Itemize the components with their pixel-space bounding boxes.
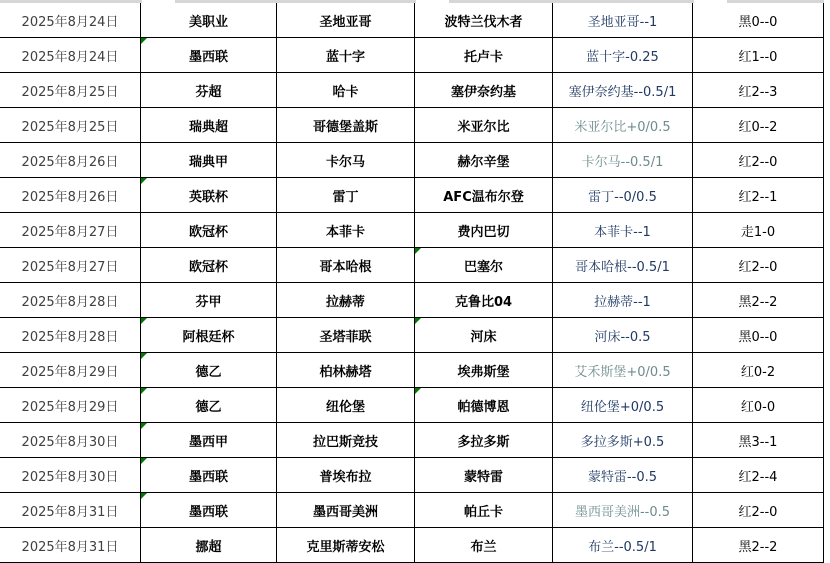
handicap-cell[interactable]: 哥本哈根--0.5/1 bbox=[553, 248, 693, 283]
result-cell[interactable]: 黑0--0 bbox=[693, 3, 824, 38]
date-cell[interactable]: 2025年8月29日 bbox=[0, 353, 141, 388]
match-table: 2025年8月24日 美职业 圣地亚哥 波特兰伐木者 圣地亚哥--1 黑0--0… bbox=[0, 3, 824, 563]
result-cell[interactable]: 红2--1 bbox=[693, 178, 824, 213]
result-cell[interactable]: 红0-0 bbox=[693, 388, 824, 423]
home-team-cell[interactable]: 拉赫蒂 bbox=[277, 283, 415, 318]
date-cell[interactable]: 2025年8月26日 bbox=[0, 143, 141, 178]
handicap-cell[interactable]: 墨西哥美洲--0.5 bbox=[553, 493, 693, 528]
away-team-cell[interactable]: 波特兰伐木者 bbox=[415, 3, 553, 38]
home-team-cell[interactable]: 哥德堡盖斯 bbox=[277, 108, 415, 143]
table-row: 2025年8月28日 阿根廷杯 圣塔菲联 河床 河床--0.5 黑0--0 bbox=[0, 318, 824, 353]
handicap-cell[interactable]: 卡尔马--0.5/1 bbox=[553, 143, 693, 178]
away-team-cell[interactable]: 巴塞尔 bbox=[415, 248, 553, 283]
date-cell[interactable]: 2025年8月31日 bbox=[0, 493, 141, 528]
league-cell[interactable]: 芬超 bbox=[141, 73, 277, 108]
result-cell[interactable]: 黑2--2 bbox=[693, 283, 824, 318]
home-team-cell[interactable]: 圣塔菲联 bbox=[277, 318, 415, 353]
away-team-cell[interactable]: 埃弗斯堡 bbox=[415, 353, 553, 388]
table-row: 2025年8月31日 挪超 克里斯蒂安松 布兰 布兰--0.5/1 黑2--2 bbox=[0, 528, 824, 563]
league-cell[interactable]: 墨西联 bbox=[141, 458, 277, 493]
date-cell[interactable]: 2025年8月25日 bbox=[0, 73, 141, 108]
error-flag-icon bbox=[141, 388, 147, 394]
league-cell[interactable]: 芬甲 bbox=[141, 283, 277, 318]
date-cell[interactable]: 2025年8月27日 bbox=[0, 213, 141, 248]
home-team-cell[interactable]: 墨西哥美洲 bbox=[277, 493, 415, 528]
home-team-cell[interactable]: 克里斯蒂安松 bbox=[277, 528, 415, 563]
result-cell[interactable]: 红1--0 bbox=[693, 38, 824, 73]
table-row: 2025年8月30日 墨西甲 拉巴斯竞技 多拉多斯 多拉多斯+0.5 黑3--1 bbox=[0, 423, 824, 458]
date-cell[interactable]: 2025年8月28日 bbox=[0, 318, 141, 353]
table-row: 2025年8月30日 墨西联 普埃布拉 蒙特雷 蒙特雷--0.5 红2--4 bbox=[0, 458, 824, 493]
home-team-cell[interactable]: 普埃布拉 bbox=[277, 458, 415, 493]
table-row: 2025年8月27日 欧冠杯 哥本哈根 巴塞尔 哥本哈根--0.5/1 红2--… bbox=[0, 248, 824, 283]
table-row: 2025年8月25日 瑞典超 哥德堡盖斯 米亚尔比 米亚尔比+0/0.5 红0-… bbox=[0, 108, 824, 143]
league-cell[interactable]: 墨西甲 bbox=[141, 423, 277, 458]
date-cell[interactable]: 2025年8月29日 bbox=[0, 388, 141, 423]
home-team-cell[interactable]: 柏林赫塔 bbox=[277, 353, 415, 388]
result-cell[interactable]: 黑0--0 bbox=[693, 318, 824, 353]
handicap-cell[interactable]: 布兰--0.5/1 bbox=[553, 528, 693, 563]
error-flag-icon bbox=[141, 38, 147, 44]
league-cell[interactable]: 瑞典甲 bbox=[141, 143, 277, 178]
away-team-cell[interactable]: 蒙特雷 bbox=[415, 458, 553, 493]
date-cell[interactable]: 2025年8月28日 bbox=[0, 283, 141, 318]
date-cell[interactable]: 2025年8月24日 bbox=[0, 3, 141, 38]
home-team-cell[interactable]: 雷丁 bbox=[277, 178, 415, 213]
home-team-cell[interactable]: 本菲卡 bbox=[277, 213, 415, 248]
date-cell[interactable]: 2025年8月26日 bbox=[0, 178, 141, 213]
date-cell[interactable]: 2025年8月27日 bbox=[0, 248, 141, 283]
result-cell[interactable]: 走1-0 bbox=[693, 213, 824, 248]
league-cell[interactable]: 挪超 bbox=[141, 528, 277, 563]
error-flag-icon bbox=[415, 388, 421, 394]
table-row: 2025年8月31日 墨西联 墨西哥美洲 帕丘卡 墨西哥美洲--0.5 红2--… bbox=[0, 493, 824, 528]
league-cell[interactable]: 阿根廷杯 bbox=[141, 318, 277, 353]
handicap-cell[interactable]: 纽伦堡+0/0.5 bbox=[553, 388, 693, 423]
date-cell[interactable]: 2025年8月25日 bbox=[0, 108, 141, 143]
table-row: 2025年8月26日 英联杯 雷丁 AFC温布尔登 雷丁--0/0.5 红2--… bbox=[0, 178, 824, 213]
table-row: 2025年8月25日 芬超 哈卡 塞伊奈约基 塞伊奈约基--0.5/1 红2--… bbox=[0, 73, 824, 108]
handicap-cell[interactable]: 蒙特雷--0.5 bbox=[553, 458, 693, 493]
handicap-cell[interactable]: 雷丁--0/0.5 bbox=[553, 178, 693, 213]
away-team-cell[interactable]: 帕德博恩 bbox=[415, 388, 553, 423]
away-team-cell[interactable]: 多拉多斯 bbox=[415, 423, 553, 458]
handicap-cell[interactable]: 艾禾斯堡+0/0.5 bbox=[553, 353, 693, 388]
home-team-cell[interactable]: 拉巴斯竞技 bbox=[277, 423, 415, 458]
away-team-cell[interactable]: 布兰 bbox=[415, 528, 553, 563]
error-flag-icon bbox=[141, 458, 147, 464]
handicap-cell[interactable]: 多拉多斯+0.5 bbox=[553, 423, 693, 458]
table-row: 2025年8月28日 芬甲 拉赫蒂 克鲁比04 拉赫蒂--1 黑2--2 bbox=[0, 283, 824, 318]
handicap-cell[interactable]: 塞伊奈约基--0.5/1 bbox=[553, 73, 693, 108]
league-cell[interactable]: 欧冠杯 bbox=[141, 248, 277, 283]
handicap-cell[interactable]: 拉赫蒂--1 bbox=[553, 283, 693, 318]
result-cell[interactable]: 红0-2 bbox=[693, 353, 824, 388]
table-row: 2025年8月27日 欧冠杯 本菲卡 费内巴切 本菲卡--1 走1-0 bbox=[0, 213, 824, 248]
result-cell[interactable]: 红2--0 bbox=[693, 248, 824, 283]
result-cell[interactable]: 红2--3 bbox=[693, 73, 824, 108]
error-flag-icon bbox=[415, 318, 421, 324]
handicap-cell[interactable]: 圣地亚哥--1 bbox=[553, 3, 693, 38]
error-flag-icon bbox=[141, 423, 147, 429]
date-cell[interactable]: 2025年8月30日 bbox=[0, 458, 141, 493]
home-team-cell[interactable]: 哥本哈根 bbox=[277, 248, 415, 283]
league-cell[interactable]: 瑞典超 bbox=[141, 108, 277, 143]
handicap-cell[interactable]: 河床--0.5 bbox=[553, 318, 693, 353]
away-team-cell[interactable]: 费内巴切 bbox=[415, 213, 553, 248]
table-row: 2025年8月29日 德乙 柏林赫塔 埃弗斯堡 艾禾斯堡+0/0.5 红0-2 bbox=[0, 353, 824, 388]
error-flag-icon bbox=[141, 178, 147, 184]
league-cell[interactable]: 美职业 bbox=[141, 3, 277, 38]
away-team-cell[interactable]: 克鲁比04 bbox=[415, 283, 553, 318]
result-cell[interactable]: 黑3--1 bbox=[693, 423, 824, 458]
result-cell[interactable]: 黑2--2 bbox=[693, 528, 824, 563]
table-row: 2025年8月26日 瑞典甲 卡尔马 赫尔辛堡 卡尔马--0.5/1 红2--0 bbox=[0, 143, 824, 178]
league-cell[interactable]: 墨西联 bbox=[141, 38, 277, 73]
handicap-cell[interactable]: 米亚尔比+0/0.5 bbox=[553, 108, 693, 143]
table-row: 2025年8月24日 墨西联 蓝十字 托卢卡 蓝十字-0.25 红1--0 bbox=[0, 38, 824, 73]
error-flag-icon bbox=[141, 318, 147, 324]
league-cell[interactable]: 德乙 bbox=[141, 353, 277, 388]
away-team-cell[interactable]: 米亚尔比 bbox=[415, 108, 553, 143]
away-team-cell[interactable]: 赫尔辛堡 bbox=[415, 143, 553, 178]
league-cell[interactable]: 英联杯 bbox=[141, 178, 277, 213]
league-cell[interactable]: 德乙 bbox=[141, 388, 277, 423]
away-team-cell[interactable]: AFC温布尔登 bbox=[415, 178, 553, 213]
result-cell[interactable]: 红2--4 bbox=[693, 458, 824, 493]
date-cell[interactable]: 2025年8月31日 bbox=[0, 528, 141, 563]
handicap-cell[interactable]: 蓝十字-0.25 bbox=[553, 38, 693, 73]
table-row: 2025年8月24日 美职业 圣地亚哥 波特兰伐木者 圣地亚哥--1 黑0--0 bbox=[0, 3, 824, 38]
result-cell[interactable]: 红2--0 bbox=[693, 143, 824, 178]
league-cell[interactable]: 墨西联 bbox=[141, 493, 277, 528]
home-team-cell[interactable]: 卡尔马 bbox=[277, 143, 415, 178]
home-team-cell[interactable]: 蓝十字 bbox=[277, 38, 415, 73]
date-cell[interactable]: 2025年8月30日 bbox=[0, 423, 141, 458]
away-team-cell[interactable]: 河床 bbox=[415, 318, 553, 353]
table-row: 2025年8月29日 德乙 纽伦堡 帕德博恩 纽伦堡+0/0.5 红0-0 bbox=[0, 388, 824, 423]
result-cell[interactable]: 红2--0 bbox=[693, 493, 824, 528]
home-team-cell[interactable]: 哈卡 bbox=[277, 73, 415, 108]
home-team-cell[interactable]: 纽伦堡 bbox=[277, 388, 415, 423]
away-team-cell[interactable]: 托卢卡 bbox=[415, 38, 553, 73]
error-flag-icon bbox=[415, 248, 421, 254]
league-cell[interactable]: 欧冠杯 bbox=[141, 213, 277, 248]
error-flag-icon bbox=[141, 493, 147, 499]
result-cell[interactable]: 红0--2 bbox=[693, 108, 824, 143]
handicap-cell[interactable]: 本菲卡--1 bbox=[553, 213, 693, 248]
away-team-cell[interactable]: 帕丘卡 bbox=[415, 493, 553, 528]
home-team-cell[interactable]: 圣地亚哥 bbox=[277, 3, 415, 38]
error-flag-icon bbox=[141, 353, 147, 359]
away-team-cell[interactable]: 塞伊奈约基 bbox=[415, 73, 553, 108]
date-cell[interactable]: 2025年8月24日 bbox=[0, 38, 141, 73]
